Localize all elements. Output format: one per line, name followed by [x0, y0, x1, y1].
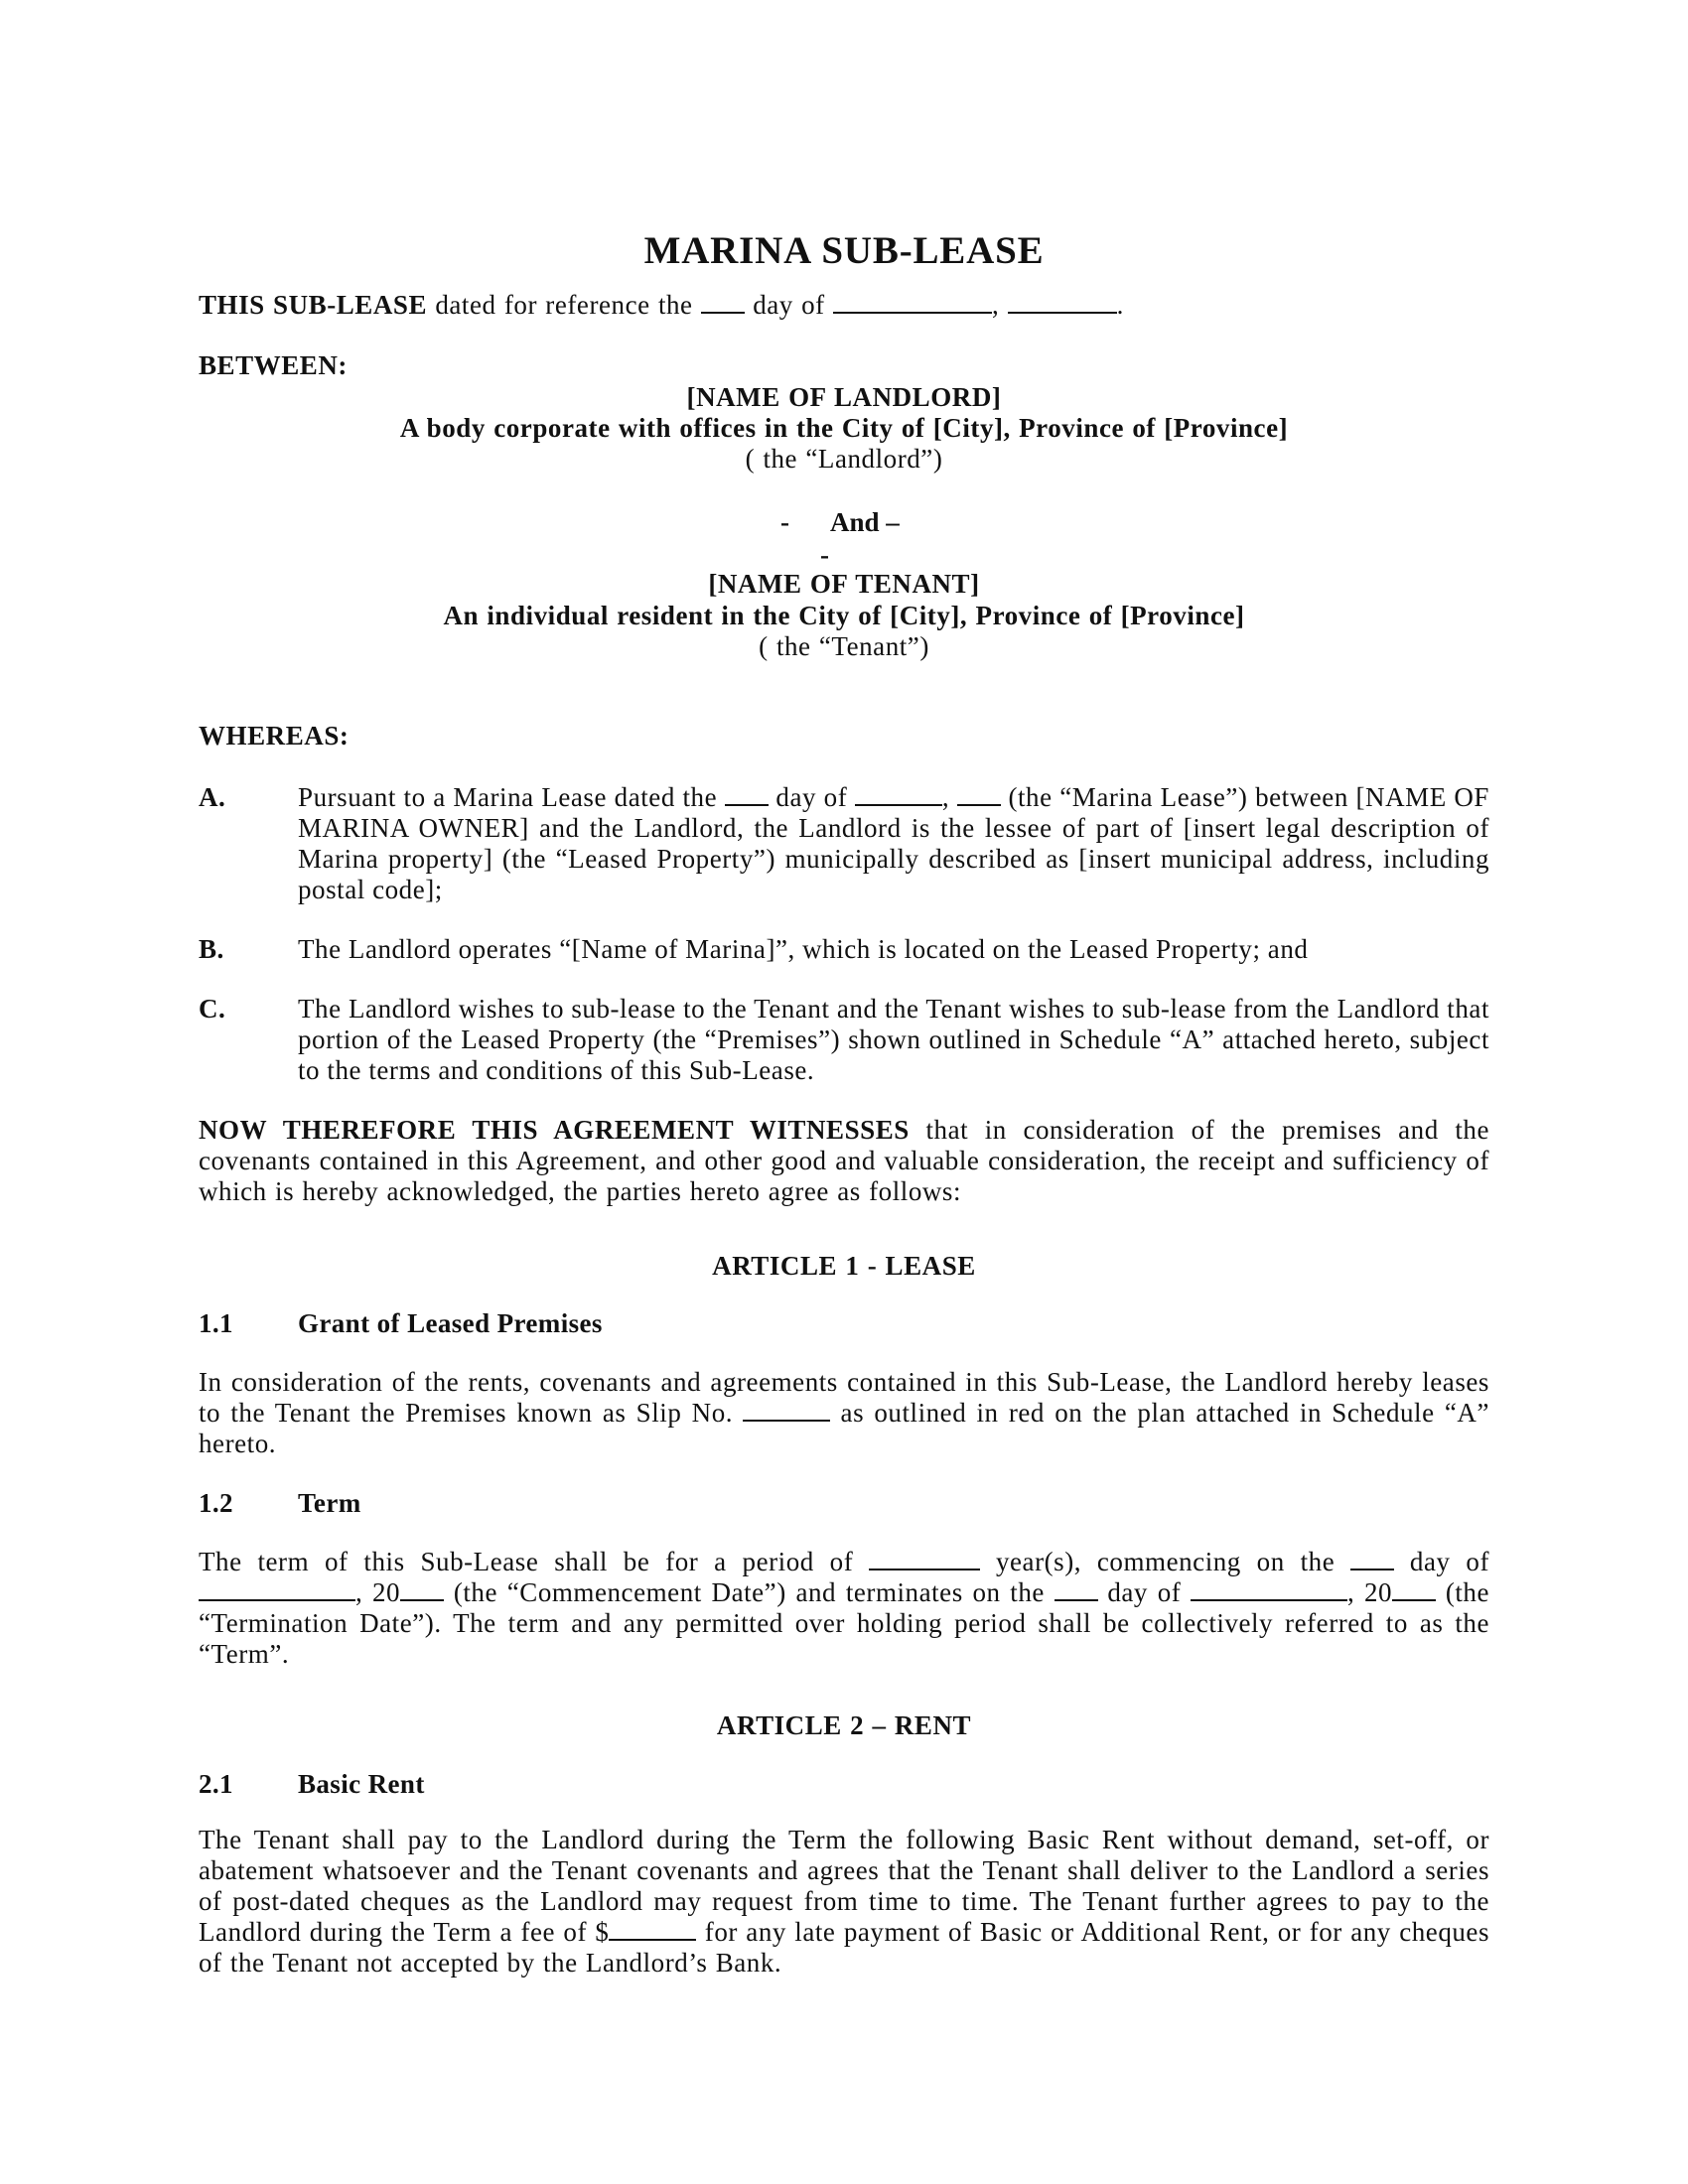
text-run: , [942, 782, 957, 812]
section-title: Basic Rent [298, 1769, 425, 1799]
fill-in-blank [609, 1917, 696, 1941]
fill-in-blank [725, 782, 769, 806]
text-run: dated for reference the [427, 290, 701, 320]
text-run: day of [1098, 1577, 1191, 1607]
recital-c: C. The Landlord wishes to sub-lease to t… [199, 994, 1489, 1086]
section-number: 1.2 [199, 1488, 298, 1519]
article-2-heading: ARTICLE 2 – RENT [199, 1710, 1489, 1741]
text-run: year(s), commencing on the [980, 1547, 1350, 1576]
text-run: . [1117, 290, 1124, 320]
section-number: 2.1 [199, 1769, 298, 1800]
section-1-1-text: In consideration of the rents, covenants… [199, 1367, 1489, 1459]
recital-text: Pursuant to a Marina Lease dated the day… [298, 782, 1489, 905]
landlord-defined-term: ( the “Landlord”) [199, 444, 1489, 475]
text-run: The Landlord operates “[Name of Marina]”… [298, 934, 1308, 964]
document-title: MARINA SUB-LEASE [199, 229, 1489, 273]
between-label: BETWEEN: [199, 350, 1489, 381]
intro-line: THIS SUB-LEASE dated for reference the d… [199, 290, 1489, 321]
section-2-1-heading: 2.1Basic Rent [199, 1769, 425, 1800]
article-1-heading: ARTICLE 1 - LEASE [199, 1251, 1489, 1282]
text-run: day of [1394, 1547, 1489, 1576]
section-1-1-heading: 1.1Grant of Leased Premises [199, 1308, 603, 1339]
text-run: , 20 [355, 1577, 400, 1607]
fill-in-blank [957, 782, 1001, 806]
fill-in-blank [1191, 1577, 1347, 1601]
landlord-description: A body corporate with offices in the Cit… [199, 413, 1489, 444]
recital-a: A. Pursuant to a Marina Lease dated the … [199, 782, 1489, 905]
fill-in-blank [743, 1398, 830, 1422]
recital-label: C. [199, 994, 225, 1024]
bold-text: THIS SUB-LEASE [199, 290, 427, 320]
fill-in-blank [1008, 290, 1117, 314]
text-run: The Landlord wishes to sub-lease to the … [298, 994, 1489, 1085]
section-2-1-text: The Tenant shall pay to the Landlord dur… [199, 1825, 1489, 1979]
tenant-defined-term: ( the “Tenant”) [199, 631, 1489, 662]
recital-label: B. [199, 934, 224, 965]
bold-text: NOW THEREFORE THIS AGREEMENT WITNESSES [199, 1115, 910, 1145]
fill-in-blank [869, 1547, 980, 1570]
and-left-dash: - [780, 507, 789, 538]
section-1-2-heading: 1.2Term [199, 1488, 361, 1519]
text-run: Pursuant to a Marina Lease dated the [298, 782, 725, 812]
fill-in-blank [199, 1577, 355, 1601]
recital-label: A. [199, 782, 225, 813]
fill-in-blank [701, 290, 745, 314]
section-title: Term [298, 1488, 361, 1518]
text-run: , 20 [1347, 1577, 1392, 1607]
section-number: 1.1 [199, 1308, 298, 1339]
section-title: Grant of Leased Premises [298, 1308, 603, 1338]
document-page: MARINA SUB-LEASE THIS SUB-LEASE dated fo… [0, 0, 1688, 2184]
text-run: The term of this Sub-Lease shall be for … [199, 1547, 869, 1576]
tenant-name: [NAME OF TENANT] [199, 569, 1489, 600]
and-lower-dash: - [820, 540, 829, 571]
fill-in-blank [1392, 1577, 1436, 1601]
tenant-description: An individual resident in the City of [C… [199, 601, 1489, 631]
recital-text: The Landlord operates “[Name of Marina]”… [298, 934, 1489, 965]
whereas-label: WHEREAS: [199, 721, 1489, 751]
text-run: , [992, 290, 1008, 320]
recital-b: B. The Landlord operates “[Name of Marin… [199, 934, 1489, 965]
fill-in-blank [855, 782, 942, 806]
landlord-name: [NAME OF LANDLORD] [199, 382, 1489, 413]
fill-in-blank [833, 290, 992, 314]
text-run: (the “Commencement Date”) and terminates… [444, 1577, 1055, 1607]
text-run: day of [745, 290, 833, 320]
recital-text: The Landlord wishes to sub-lease to the … [298, 994, 1489, 1086]
and-separator: And – [830, 507, 900, 538]
section-1-2-text: The term of this Sub-Lease shall be for … [199, 1547, 1489, 1670]
fill-in-blank [1350, 1547, 1394, 1570]
witnesseth-paragraph: NOW THEREFORE THIS AGREEMENT WITNESSES t… [199, 1115, 1489, 1207]
text-run: day of [769, 782, 855, 812]
fill-in-blank [1055, 1577, 1098, 1601]
fill-in-blank [400, 1577, 444, 1601]
